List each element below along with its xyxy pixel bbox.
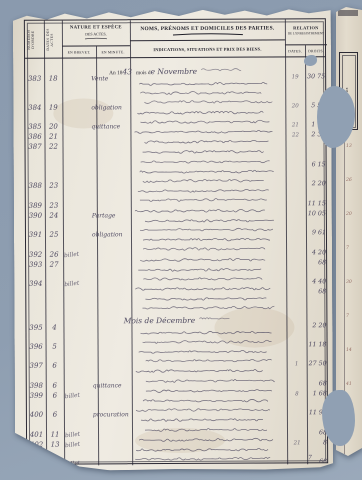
row-number: 384 xyxy=(26,103,43,111)
row-annotation: billet xyxy=(64,249,96,258)
row-day: 22 xyxy=(45,143,61,151)
row-day: 6 xyxy=(47,411,63,419)
next-page-edge-number: 13 xyxy=(346,144,362,149)
row-number: 389 xyxy=(27,201,44,209)
row-number: 387 xyxy=(26,143,43,151)
table-row: 4006procuration11 96 xyxy=(27,411,327,432)
header-en-minute: EN MINUTE. xyxy=(96,46,130,58)
row-parties-handwriting xyxy=(134,201,284,211)
row-parties-handwriting xyxy=(134,250,284,260)
row-day: 4 xyxy=(46,323,62,331)
row-droits-amount: 1 68 xyxy=(307,390,327,397)
row-nature: obligation xyxy=(91,104,131,111)
row-day: 6 xyxy=(47,392,63,400)
row-parties-handwriting xyxy=(135,342,285,361)
row-day: 19 xyxy=(45,103,61,111)
table-row: 13billet68 xyxy=(27,460,327,464)
register-left-page: NUMÉROS D'ORDRE DATES DES ACTES NATURE E… xyxy=(14,8,332,470)
handwriting-stroke xyxy=(199,313,229,322)
row-registration-date: 19 xyxy=(286,74,304,80)
row-annotation: billet xyxy=(65,440,97,449)
row-parties-handwriting xyxy=(134,279,284,289)
row-number: 402 xyxy=(28,441,45,449)
row-parties-handwriting xyxy=(134,182,284,201)
header-nature: NATURE ET ESPÈCE DES ACTES. xyxy=(62,20,130,46)
repertoire-table: NUMÉROS D'ORDRE DATES DES ACTES NATURE E… xyxy=(24,18,328,465)
table-row: 3976127 50 xyxy=(27,362,327,383)
row-droits-amount: 30 75 xyxy=(305,73,326,80)
row-registration-date: 21 xyxy=(286,122,304,128)
row-day: 21 xyxy=(45,133,61,141)
row-droits-amount: 11 15 xyxy=(306,200,327,207)
row-registration-date: 1 xyxy=(288,362,306,368)
row-parties-handwriting xyxy=(134,231,284,250)
next-page-edge-number: 30 xyxy=(346,280,362,285)
table-row: 6 15 xyxy=(26,162,326,183)
page-number: 7 xyxy=(308,454,312,461)
row-droits-amount: 27 50 xyxy=(307,361,328,368)
row-parties-handwriting xyxy=(133,143,283,162)
next-page-edge-number: 26 xyxy=(346,178,362,183)
table-row: 68 xyxy=(26,289,326,310)
row-registration-date: 22 xyxy=(286,132,304,138)
row-droits-amount: 4 20 xyxy=(306,249,327,256)
row-nature: quittance xyxy=(93,382,133,389)
header-date-actes: DATES DES ACTES xyxy=(47,23,59,57)
handwriting-stroke xyxy=(201,65,241,74)
table-row: 38318Vente1930 75 xyxy=(25,74,325,104)
row-day: 24 xyxy=(46,211,62,219)
table-row: 39125obligation9 61 xyxy=(26,230,326,251)
table-row: 3996billet81 68 xyxy=(27,391,327,412)
row-number: 383 xyxy=(26,75,43,83)
table-row: 38722 xyxy=(26,143,326,164)
table-row: 39024Partage10 05 xyxy=(26,211,326,232)
next-page-edge-number: 14 xyxy=(346,348,362,353)
row-day: 20 xyxy=(45,123,61,131)
row-droits-amount: 10 05 xyxy=(306,210,327,217)
scanned-register-photo: NUMÉROS D'ORDRE DATES DES ACTES NATURE E… xyxy=(0,0,362,480)
header-relation: RELATION DE L'ENREGISTREMENT xyxy=(285,19,327,45)
row-droits-amount: 4 40 xyxy=(306,278,327,285)
row-day: 13 xyxy=(47,460,63,464)
row-parties-handwriting xyxy=(134,260,284,279)
row-parties-handwriting xyxy=(135,460,285,464)
table-header: NUMÉROS D'ORDRE DATES DES ACTES NATURE E… xyxy=(25,19,325,59)
row-parties-handwriting xyxy=(135,381,285,391)
table-row: 38419obligation205 50 xyxy=(25,103,325,124)
row-parties-handwriting xyxy=(135,430,285,440)
row-number: 397 xyxy=(28,362,45,370)
row-number: 388 xyxy=(27,182,44,190)
row-droits-amount: 6 15 xyxy=(306,161,327,168)
row-droits-amount: 11 18 xyxy=(307,341,328,348)
row-parties-handwriting xyxy=(134,323,284,342)
table-row: 396511 18 xyxy=(27,342,327,363)
row-day: 25 xyxy=(46,231,62,239)
row-parties-handwriting xyxy=(133,103,283,122)
row-droits-amount: 9 61 xyxy=(306,229,327,236)
next-page-edge-number: 7 xyxy=(346,246,362,251)
row-day: 13 xyxy=(47,441,63,449)
row-nature: quittance xyxy=(91,123,131,130)
row-parties-handwriting xyxy=(135,391,285,410)
month-header-december: Mois de Décembre xyxy=(26,309,326,325)
header-indications: INDICATIONS, SITUATIONS ET PRIX DES BIEN… xyxy=(130,40,285,58)
row-droits-amount: 2 20 xyxy=(306,322,327,329)
table-row: 388232 20 xyxy=(26,181,326,202)
next-page-print-fragment xyxy=(338,10,358,16)
row-day: 11 xyxy=(47,430,63,438)
flourish-line xyxy=(172,33,242,37)
row-annotation: billet xyxy=(65,430,97,439)
table-row: 40213billet218 xyxy=(27,440,327,461)
header-nature-title: NATURE ET ESPÈCE xyxy=(62,25,130,30)
row-droits-amount: 68 xyxy=(306,288,327,295)
row-number: 400 xyxy=(28,411,45,419)
row-droits-amount: 68 xyxy=(306,259,327,266)
row-number: 391 xyxy=(27,231,44,239)
next-page-edge-number: 7 xyxy=(346,314,362,319)
row-number: 390 xyxy=(27,211,44,219)
row-number: 399 xyxy=(28,392,45,400)
row-droits-amount: 2 20 xyxy=(306,180,327,187)
row-number: 395 xyxy=(27,323,44,331)
row-registration-date: 20 xyxy=(286,103,304,109)
row-day: 18 xyxy=(45,75,61,83)
row-day: 6 xyxy=(47,362,63,370)
header-parties: NOMS, PRÉNOMS ET DOMICILES DES PARTIES. xyxy=(130,19,285,41)
row-droits-amount: 8 xyxy=(307,439,327,446)
header-numero-ordre: NUMÉROS D'ORDRE xyxy=(28,23,41,57)
row-parties-handwriting xyxy=(134,290,284,309)
row-day: 6 xyxy=(47,381,63,389)
table-row: 3932768 xyxy=(26,260,326,281)
row-nature: Vente xyxy=(91,75,131,82)
row-day: 5 xyxy=(47,343,63,351)
row-number: 396 xyxy=(28,343,45,351)
table-body: An 1843 mois de Novembre 38318Vente1930 … xyxy=(25,57,327,464)
row-parties-handwriting xyxy=(134,211,284,230)
row-number: 392 xyxy=(27,250,44,258)
row-parties-handwriting xyxy=(134,162,284,181)
row-registration-date: 21 xyxy=(288,440,306,446)
table-row: 39542 20 xyxy=(26,323,326,344)
row-day: 27 xyxy=(46,260,62,268)
row-number: 394 xyxy=(27,280,44,288)
row-parties-handwriting xyxy=(135,440,285,459)
row-registration-date: 8 xyxy=(288,391,306,397)
row-day: 23 xyxy=(46,182,62,190)
row-number: 393 xyxy=(27,260,44,268)
next-page-edge-number: 41 xyxy=(346,382,362,387)
row-nature: procuration xyxy=(93,412,133,419)
row-number: 401 xyxy=(28,430,45,438)
row-day: 26 xyxy=(46,250,62,258)
row-parties-handwriting xyxy=(135,411,285,430)
row-annotation: billet xyxy=(65,391,97,400)
row-annotation: billet xyxy=(64,279,96,288)
header-nature-sub: DES ACTES. xyxy=(62,32,130,36)
row-nature: obligation xyxy=(92,231,132,238)
row-number: 386 xyxy=(26,133,43,141)
row-nature: Partage xyxy=(92,212,132,219)
header-en-brevet: EN BREVET. xyxy=(62,46,96,58)
header-parties-title: NOMS, PRÉNOMS ET DOMICILES DES PARTIES. xyxy=(130,25,285,32)
flourish-line xyxy=(85,37,107,40)
header-relation-line1: RELATION xyxy=(285,25,327,30)
row-parties-handwriting xyxy=(133,122,283,132)
month-header-november: An 1843 mois de Novembre xyxy=(25,60,325,76)
row-number: 398 xyxy=(28,382,45,390)
header-dates: DATES. xyxy=(285,45,305,57)
next-page-edge-number: 20 xyxy=(346,212,362,217)
header-relation-line2: DE L'ENREGISTREMENT xyxy=(285,31,327,35)
row-parties-handwriting xyxy=(133,74,283,102)
row-parties-handwriting xyxy=(133,133,283,143)
row-number: 385 xyxy=(26,123,43,131)
row-droits-amount: 68 xyxy=(307,380,327,387)
row-parties-handwriting xyxy=(135,362,285,381)
row-day: 23 xyxy=(46,201,62,209)
